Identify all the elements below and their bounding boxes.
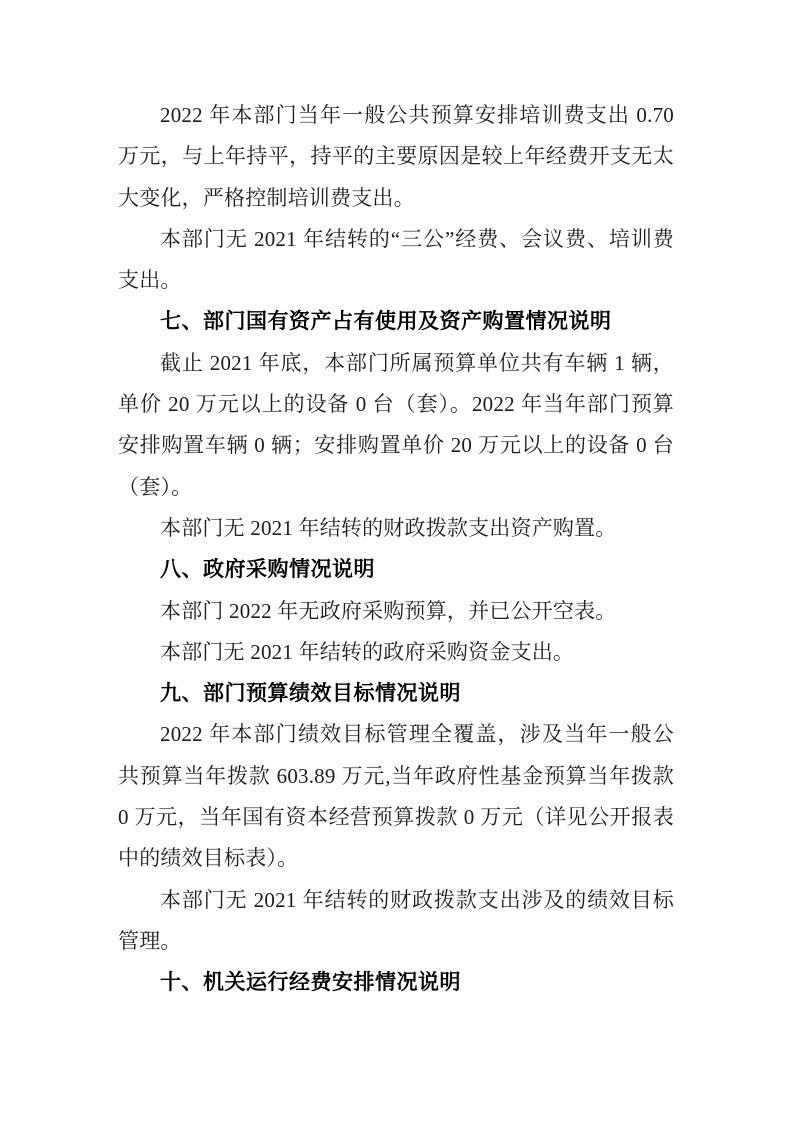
section-heading-7-state-assets: 七、部门国有资产占有使用及资产购置情况说明 [118, 301, 674, 342]
section-heading-8-procurement: 八、政府采购情况说明 [118, 549, 674, 590]
paragraph-no-carryover-assets: 本部门无 2021 年结转的财政拨款支出资产购置。 [118, 508, 674, 549]
paragraph-no-carryover-procurement: 本部门无 2021 年结转的政府采购资金支出。 [118, 632, 674, 673]
document-page: 2022 年本部门当年一般公共预算安排培训费支出 0.70 万元，与上年持平，持… [0, 0, 793, 1122]
paragraph-training-fee-2022: 2022 年本部门当年一般公共预算安排培训费支出 0.70 万元，与上年持平，持… [118, 95, 674, 219]
document-content: 2022 年本部门当年一般公共预算安排培训费支出 0.70 万元，与上年持平，持… [118, 95, 674, 1004]
section-heading-10-operating-funds: 十、机关运行经费安排情况说明 [118, 962, 674, 1003]
paragraph-no-carryover-sangong: 本部门无 2021 年结转的“三公”经费、会议费、培训费支出。 [118, 219, 674, 302]
paragraph-vehicles-equipment: 截止 2021 年底，本部门所属预算单位共有车辆 1 辆，单价 20 万元以上的… [118, 343, 674, 508]
paragraph-performance-coverage: 2022 年本部门绩效目标管理全覆盖，涉及当年一般公共预算当年拨款 603.89… [118, 714, 674, 879]
paragraph-no-procurement-budget: 本部门 2022 年无政府采购预算，并已公开空表。 [118, 591, 674, 632]
paragraph-no-carryover-performance: 本部门无 2021 年结转的财政拨款支出涉及的绩效目标管理。 [118, 880, 674, 963]
section-heading-9-performance: 九、部门预算绩效目标情况说明 [118, 673, 674, 714]
